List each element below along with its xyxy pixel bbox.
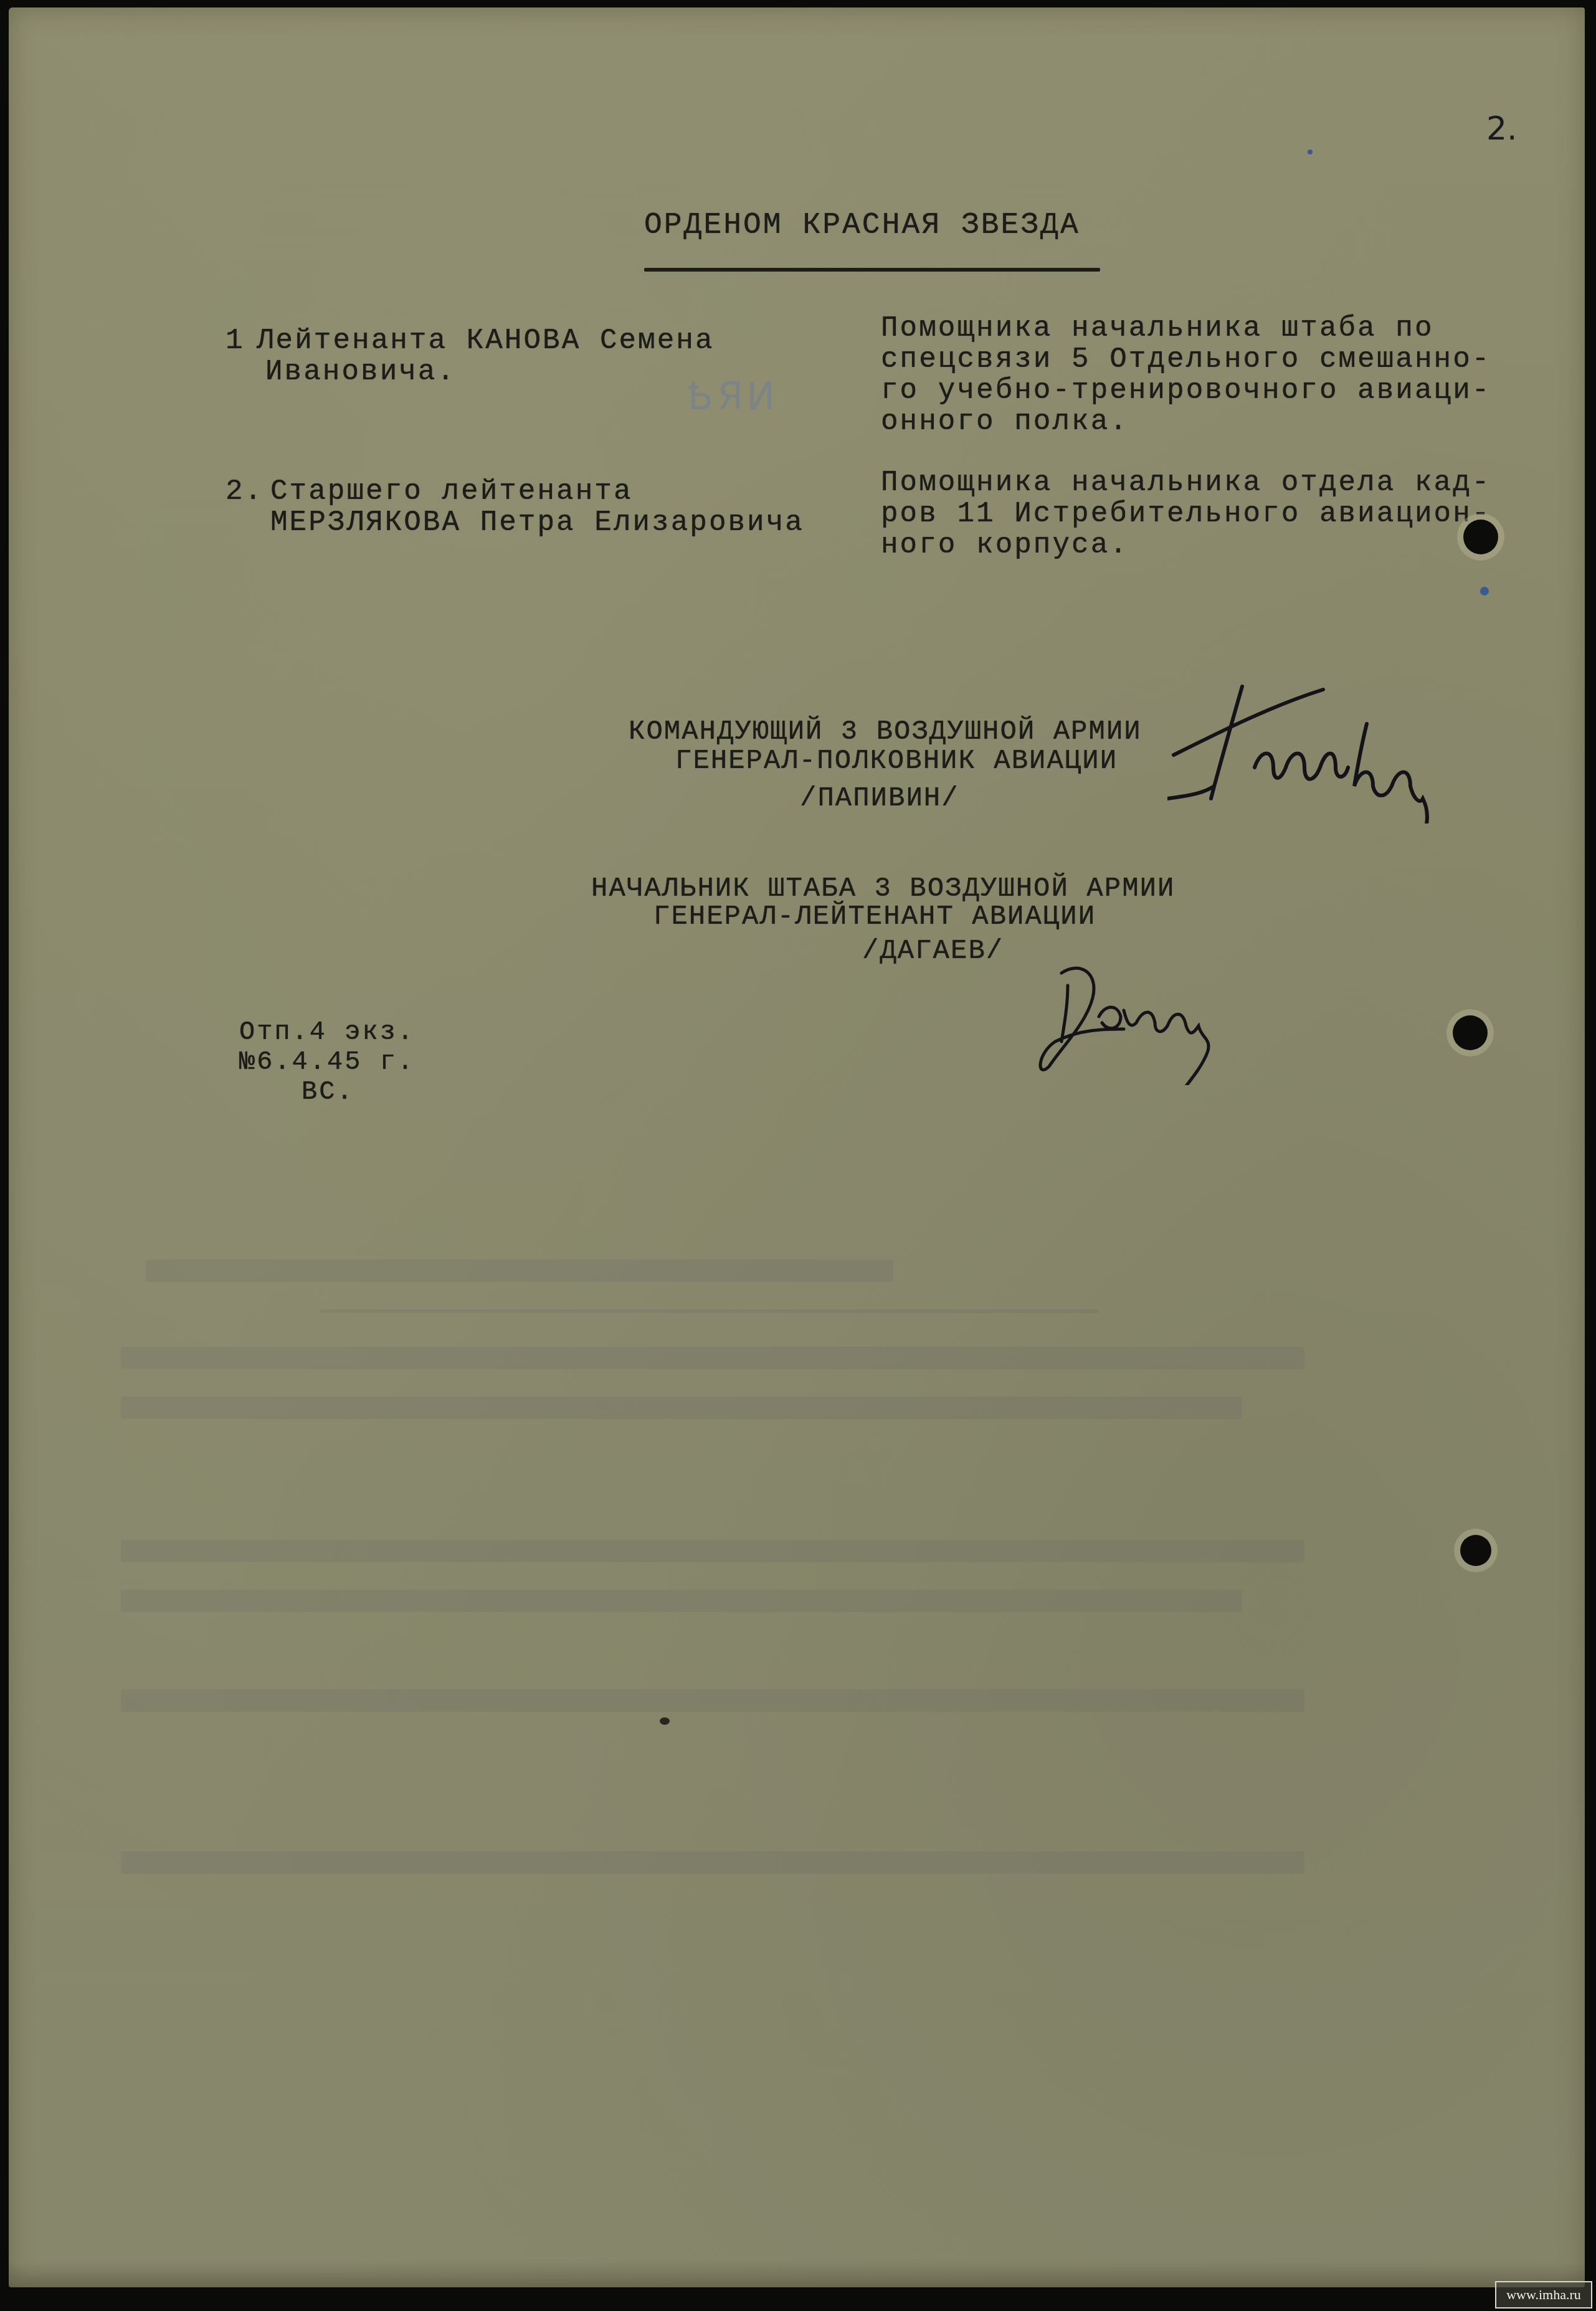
entry-name-line: МЕРЗЛЯКОВА Петра Елизаровича [270, 507, 804, 538]
entry-position-line: ного корпуса. [881, 529, 1129, 561]
signatory-title-line: НАЧАЛЬНИК ШТАБА 3 ВОЗДУШНОЙ АРМИИ [591, 873, 1175, 904]
copies-line: Отп.4 экз. [239, 1017, 415, 1048]
entry-position-line: Помощника начальника штаба по [881, 313, 1434, 344]
signature-papivin [1167, 680, 1516, 823]
typist-initials: ВС. [302, 1076, 354, 1108]
site-watermark: www.imha.ru [1495, 2281, 1592, 2309]
punch-hole [1460, 1535, 1491, 1566]
entry-position-line: онного полка. [881, 406, 1129, 437]
show-through-text [121, 1397, 1242, 1419]
entry-name-line: Лейтенанта КАНОВА Семена [257, 325, 715, 356]
title-underline [644, 268, 1100, 272]
show-through-text [121, 1347, 1304, 1369]
show-through-rule [320, 1309, 1099, 1313]
ink-spot [660, 1717, 670, 1725]
show-through-text [121, 1689, 1304, 1712]
ink-spot [1480, 587, 1489, 596]
signatory-name: /ДАГАЕВ/ [862, 936, 1004, 967]
ink-spot [1308, 149, 1313, 154]
entry-index: 2. [226, 476, 264, 507]
signatory-name: /ПАПИВИН/ [800, 783, 959, 814]
page-number: 2. [1486, 110, 1518, 148]
show-through-text [121, 1851, 1304, 1874]
entry-index: 1 [226, 325, 245, 356]
punch-hole [1453, 1015, 1488, 1050]
signature-dagaev [1037, 961, 1261, 1085]
signatory-title-line: КОМАНДУЮЩИЙ 3 ВОЗДУШНОЙ АРМИИ [629, 716, 1142, 747]
signatory-title-line: ГЕНЕРАЛ-ПОЛКОВНИК АВИАЦИИ [675, 746, 1118, 777]
show-through-text [121, 1540, 1304, 1562]
entry-position-line: спецсвязи 5 Отдельного смешанно- [881, 344, 1491, 375]
date-line: №6.4.45 г. [239, 1046, 415, 1078]
entry-name-line: Ивановича. [265, 356, 456, 387]
show-through-text [121, 1590, 1242, 1612]
entry-position-line: го учебно-тренировочного авиаци- [881, 375, 1491, 406]
entry-position-line: Помощника начальника отдела кад- [881, 467, 1491, 498]
entry-name-line: Старшего лейтенанта [270, 476, 633, 507]
punch-hole [1463, 520, 1498, 554]
show-through-text [146, 1260, 893, 1282]
document-page: 2. ОРДЕНОМ КРАСНАЯ ЗВЕЗДА 1 Лейтенанта К… [9, 7, 1585, 2287]
document-title: ОРДЕНОМ КРАСНАЯ ЗВЕЗДА [644, 210, 1080, 241]
entry-position-line: ров 11 Истребительного авиацион- [881, 498, 1491, 529]
signatory-title-line: ГЕНЕРАЛ-ЛЕЙТЕНАНТ АВИАЦИИ [653, 901, 1096, 932]
faint-blue-stamp: ҌЯИ [688, 375, 779, 419]
